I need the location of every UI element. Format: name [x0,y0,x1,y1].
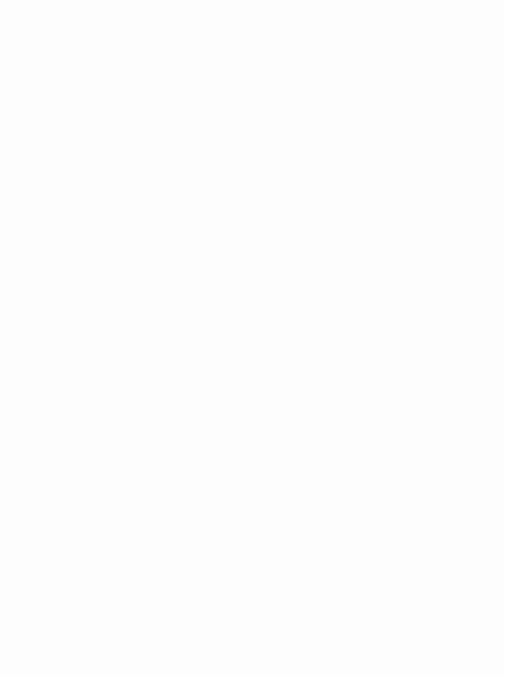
document-page [0,0,505,677]
